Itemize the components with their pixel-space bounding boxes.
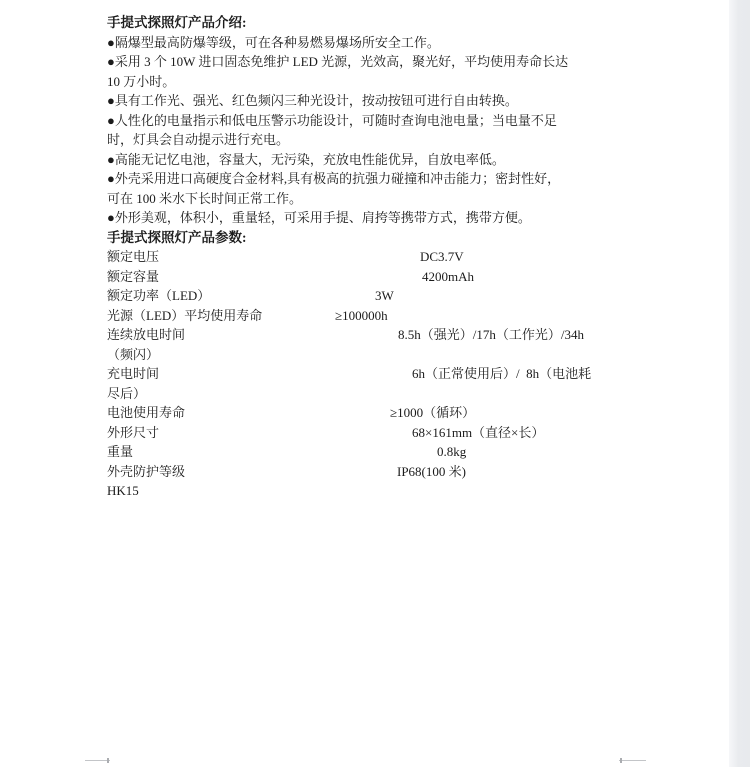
intro-line: 可在 100 米水下长时间正常工作。 [107,189,642,209]
param-label: 光源（LED）平均使用寿命 [107,308,262,323]
param-row: （频闪） [107,345,642,365]
param-row: 尽后） [107,384,642,404]
params-title: 手提式探照灯产品参数: [107,228,642,248]
param-row: 连续放电时间8.5h（强光）/17h（工作光）/34h [107,325,642,345]
param-label: 额定容量 [107,269,159,284]
intro-line: ●外壳采用进口高硬度合金材料,具有极高的抗强力碰撞和冲击能力；密封性好， [107,169,642,189]
param-label: 重量 [107,444,133,459]
param-value: 68×161mm（直径×长） [412,423,544,443]
param-value: 4200mAh [422,267,474,287]
product-description: 手提式探照灯产品介绍: ●隔爆型最高防爆等级，可在各种易燃易爆场所安全工作。●采… [107,13,642,501]
intro-title: 手提式探照灯产品介绍: [107,13,642,33]
param-value: 3W [375,286,394,306]
intro-line: ●采用 3 个 10W 进口固态免维护 LED 光源，光效高，聚光好，平均使用寿… [107,52,642,72]
param-row: 电池使用寿命≥1000（循环） [107,403,642,423]
param-value: ≥1000（循环） [390,403,475,423]
param-value: IP68(100 米) [397,462,466,482]
intro-line: ●具有工作光、强光、红色频闪三种光设计，按动按钮可进行自由转换。 [107,91,642,111]
param-row: 光源（LED）平均使用寿命≥100000h [107,306,642,326]
param-row: 外形尺寸68×161mm（直径×长） [107,423,642,443]
param-value: 8.5h（强光）/17h（工作光）/34h [398,325,584,345]
param-label: 充电时间 [107,366,159,381]
page-right-gutter [729,0,750,767]
param-label: 额定功率（LED） [107,288,210,303]
table-border-fragment-right [619,760,646,761]
param-value: DC3.7V [420,247,464,267]
document-page: { "page": { "intro_title": "手提式探照灯产品介绍:"… [0,0,750,767]
param-row: 外壳防护等级IP68(100 米) [107,462,642,482]
intro-line: ●人性化的电量指示和低电压警示功能设计，可随时查询电池电量；当电量不足 [107,111,642,131]
intro-line: 10 万小时。 [107,72,642,92]
table-border-tick-left [107,758,109,763]
param-row: 重量0.8kg [107,442,642,462]
param-value: 6h（正常使用后）/ 8h（电池耗 [412,364,591,384]
intro-feature-list: ●隔爆型最高防爆等级，可在各种易燃易爆场所安全工作。●采用 3 个 10W 进口… [107,33,642,228]
param-label: HK15 [107,483,139,498]
param-label: 额定电压 [107,249,159,264]
param-row: HK15 [107,481,642,501]
param-label: 外形尺寸 [107,425,159,440]
intro-line: ●隔爆型最高防爆等级，可在各种易燃易爆场所安全工作。 [107,33,642,53]
param-value: 0.8kg [437,442,466,462]
intro-line: 时，灯具会自动提示进行充电。 [107,130,642,150]
param-label: 连续放电时间 [107,327,185,342]
table-border-tick-right [620,758,622,763]
param-label: 外壳防护等级 [107,464,185,479]
intro-line: ●外形美观，体积小，重量轻，可采用手提、肩挎等携带方式，携带方便。 [107,208,642,228]
intro-line: ●高能无记忆电池，容量大，无污染，充放电性能优异，自放电率低。 [107,150,642,170]
param-label: 电池使用寿命 [107,405,185,420]
params-table: 额定电压DC3.7V额定容量4200mAh额定功率（LED）3W光源（LED）平… [107,247,642,501]
param-row: 额定功率（LED）3W [107,286,642,306]
param-row: 充电时间6h（正常使用后）/ 8h（电池耗 [107,364,642,384]
param-value: ≥100000h [335,306,388,326]
param-label: 尽后） [107,386,146,401]
param-row: 额定电压DC3.7V [107,247,642,267]
param-label: （频闪） [107,347,159,362]
param-row: 额定容量4200mAh [107,267,642,287]
